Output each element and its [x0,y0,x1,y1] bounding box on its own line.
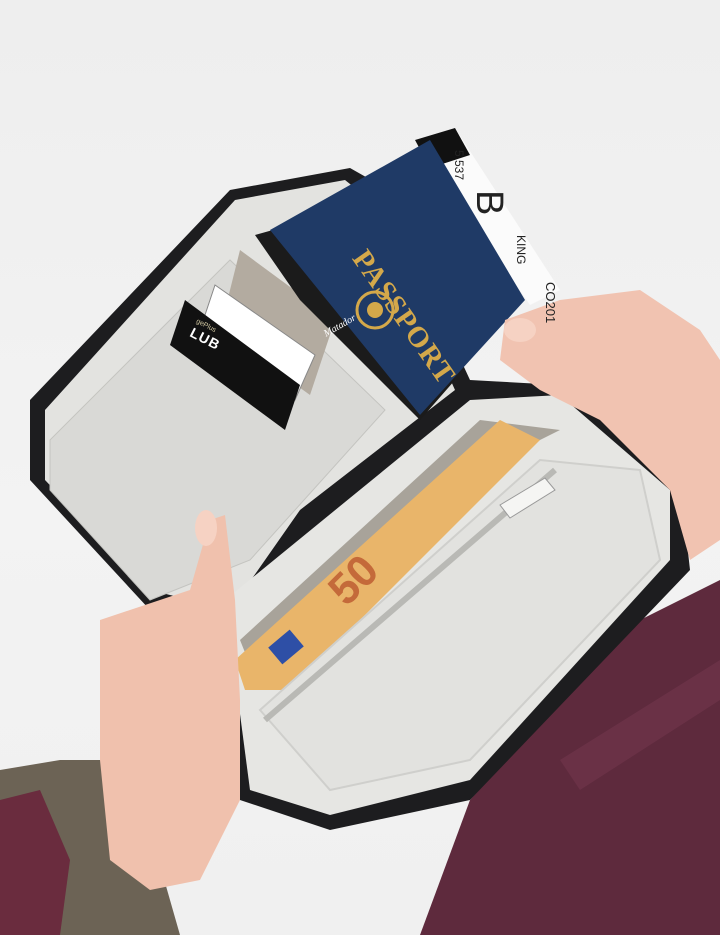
boarding-pass-seat: B [467,190,510,215]
boarding-pass-passenger: KING [514,235,528,264]
boarding-pass-sequence: 5 537 [452,150,466,180]
boarding-pass-flight: CO201 [543,282,558,323]
photo-scene: 50 [0,0,720,935]
